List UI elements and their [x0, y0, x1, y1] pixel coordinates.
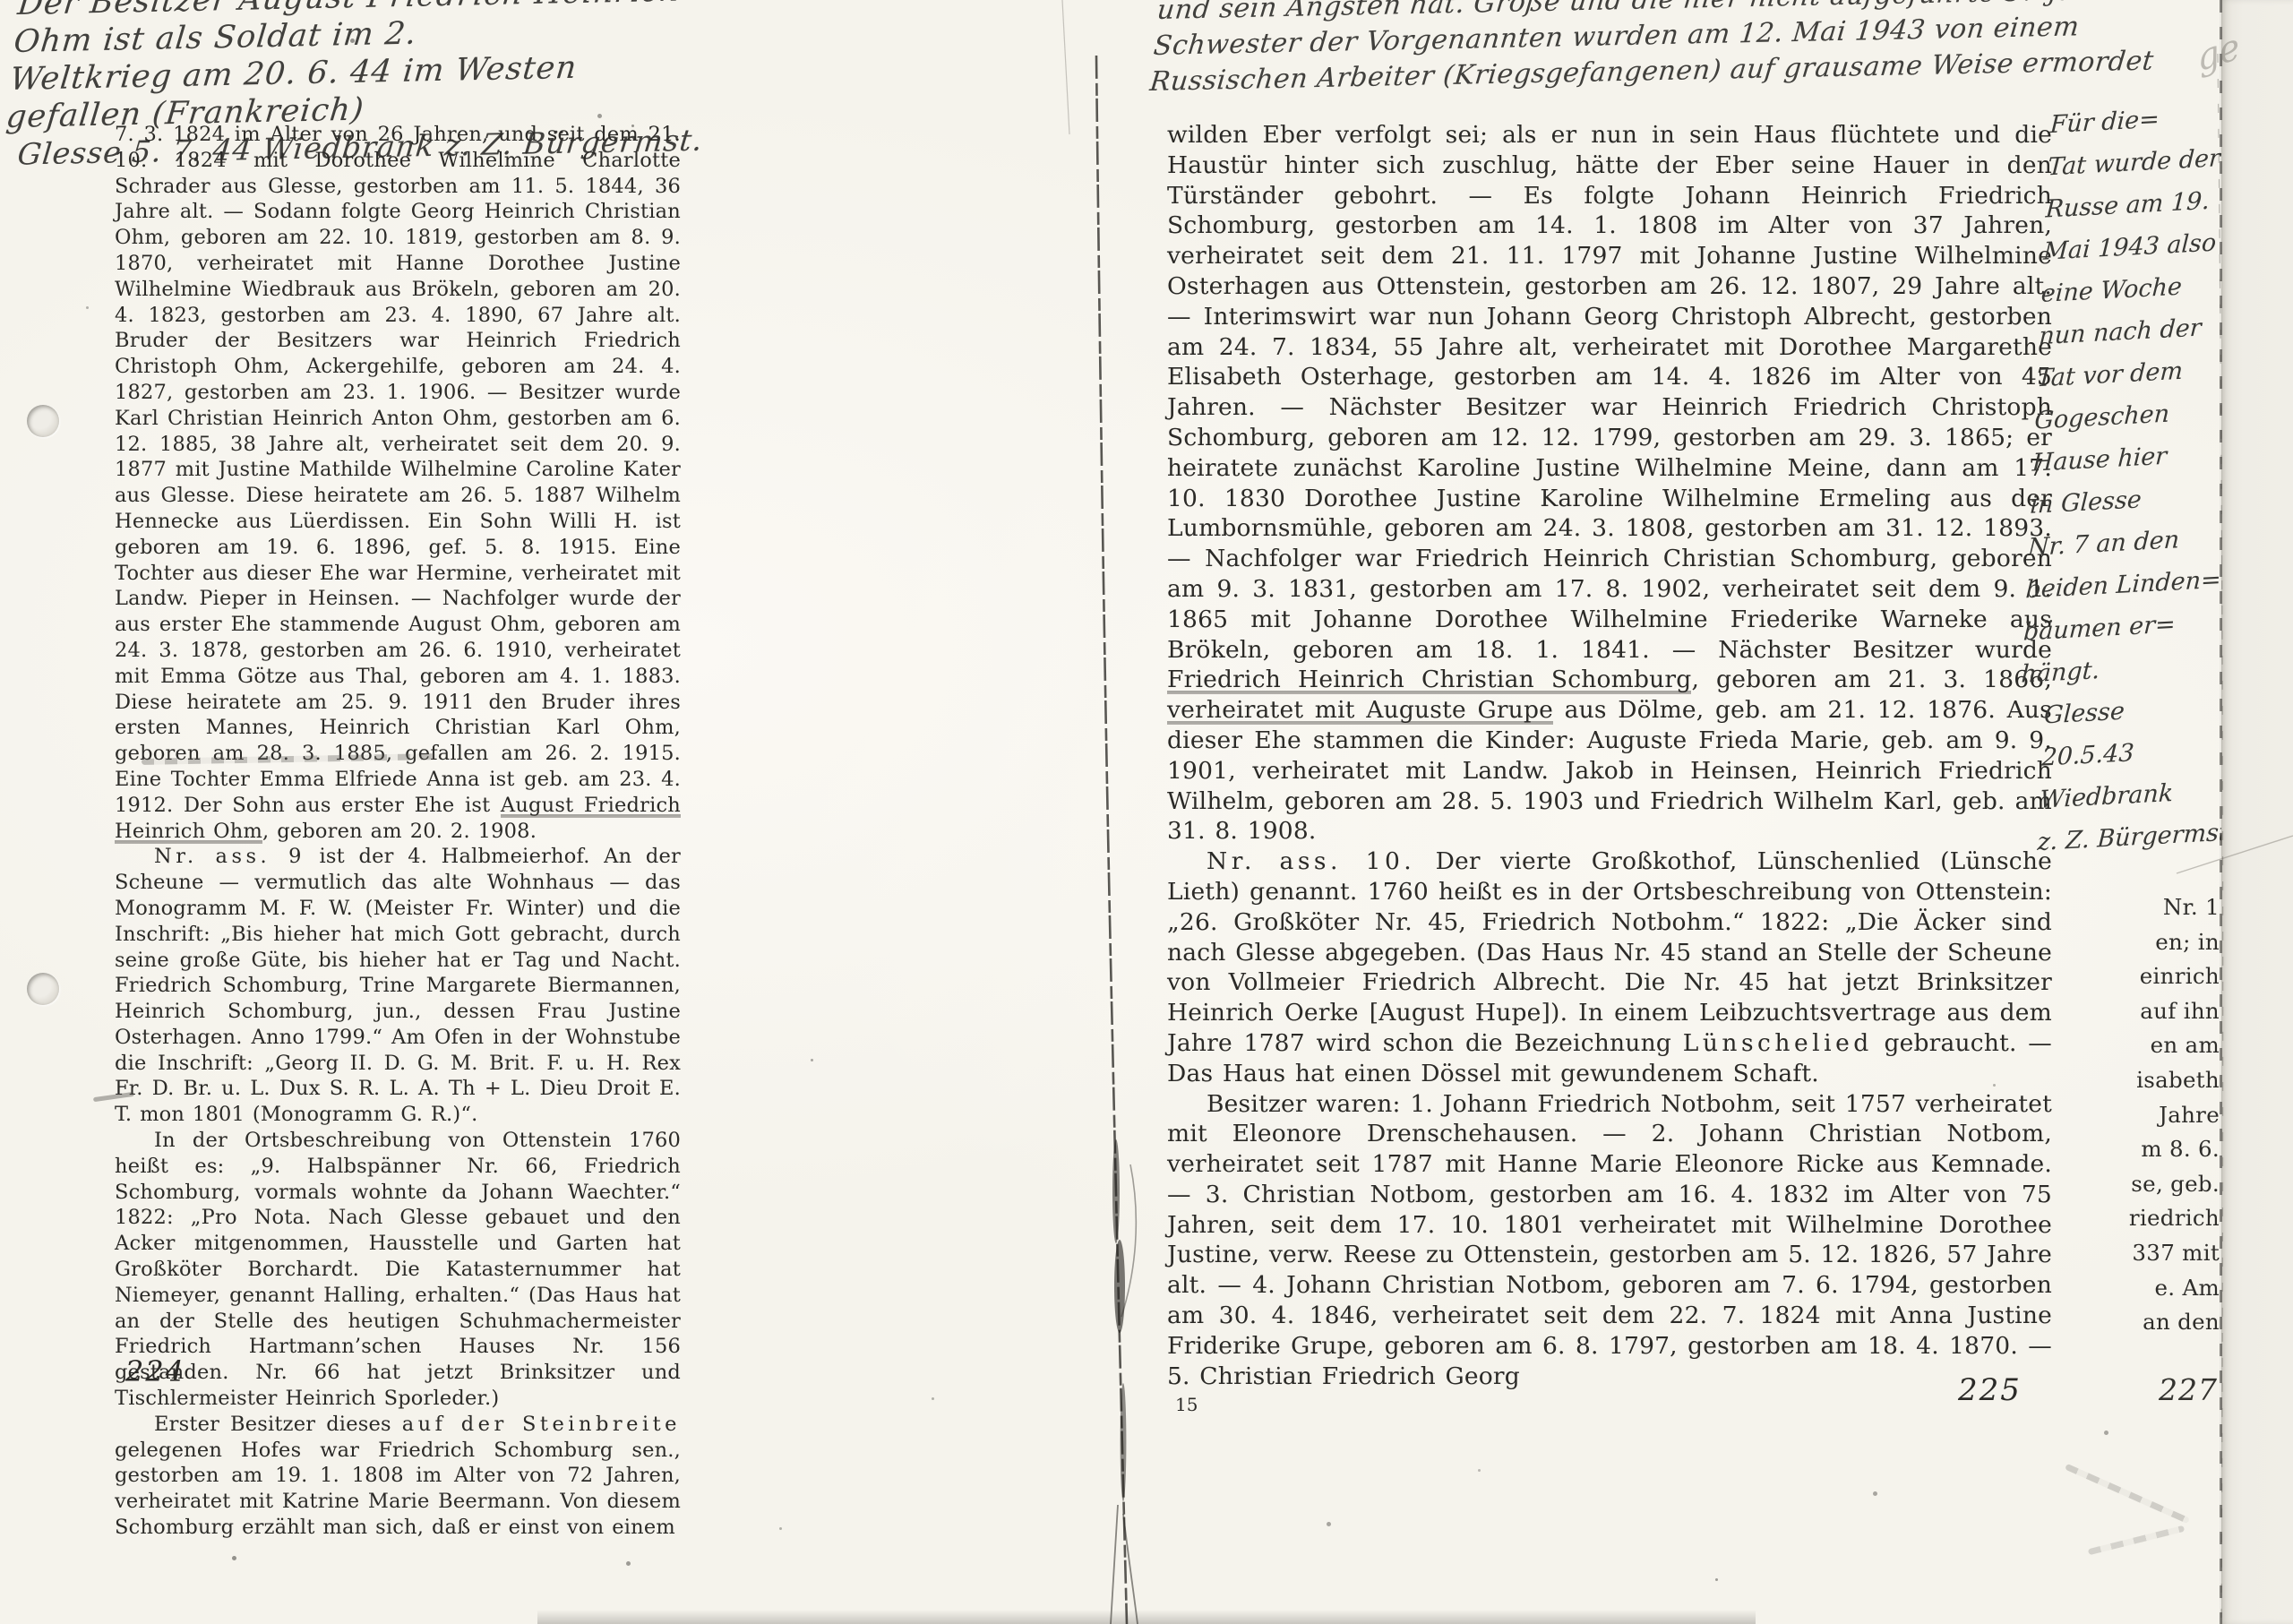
paragraph: In der Ortsbeschreibung von Ottenstein 1… — [115, 1128, 681, 1412]
text-segment: 7. 3. 1824 im Alter von 26 Jahren, und s… — [115, 123, 681, 817]
edge-fragment-line: riedrich — [2128, 1201, 2220, 1236]
text-segment: Nr. ass. 9 — [154, 845, 305, 868]
text-segment: Nr. ass. 10. — [1207, 847, 1415, 875]
left-page-text-column: 7. 3. 1824 im Alter von 26 Jahren, und s… — [115, 122, 681, 1541]
paragraph: Nr. ass. 10. Der vierte Großkothof, Lüns… — [1167, 846, 2052, 1088]
edge-fragment-line: en; in — [2128, 925, 2220, 960]
text-segment: , geboren am 21. 3. 1866, — [1691, 666, 2052, 693]
text-segment: Lünschelied — [1683, 1029, 1873, 1057]
printers-signature-mark: 15 — [1175, 1394, 1198, 1415]
text-segment: , geboren am 20. 2. 1908. — [262, 820, 537, 843]
text-segment: wilden Eber verfolgt sei; als er nun in … — [1167, 121, 2052, 664]
paragraph: Nr. ass. 9 ist der 4. Halbmeierhof. An d… — [115, 844, 681, 1128]
dust-specks — [0, 0, 3, 3]
edge-fragment-line: se, geb. — [2128, 1167, 2220, 1202]
edge-fragment-line: e. Am — [2128, 1271, 2220, 1306]
text-segment: Erster Besitzer dieses — [154, 1413, 402, 1436]
right-page-text-column: wilden Eber verfolgt sei; als er nun in … — [1167, 120, 2052, 1391]
paragraph: Erster Besitzer dieses auf der Steinbrei… — [115, 1412, 681, 1541]
text-segment: Besitzer waren: 1. Johann Friedrich Notb… — [1167, 1090, 2052, 1390]
text-segment: In der Ortsbeschreibung von Ottenstein 1… — [115, 1129, 681, 1410]
page-number-227: 227 — [2159, 1372, 2218, 1407]
edge-fragment-line: Jahre — [2128, 1098, 2220, 1133]
paragraph: wilden Eber verfolgt sei; als er nun in … — [1167, 120, 2052, 846]
page-number-225: 225 — [1958, 1372, 2022, 1408]
punch-hole — [27, 973, 59, 1005]
paragraph: Besitzer waren: 1. Johann Friedrich Notb… — [1167, 1089, 2052, 1392]
edge-text-fragments: Nr. 1en; ineinrichauf ihnen amisabethJah… — [2128, 890, 2220, 1340]
text-segment: auf der Steinbreite — [402, 1413, 681, 1436]
edge-fragment-line: 337 mit — [2128, 1236, 2220, 1271]
edge-fragment-line: an den — [2128, 1305, 2220, 1340]
paragraph: 7. 3. 1824 im Alter von 26 Jahren, und s… — [115, 122, 681, 844]
punch-hole — [27, 405, 59, 437]
pencil-underlined-text: verheiratet mit Auguste Grupe — [1167, 696, 1553, 726]
scanner-shadow — [537, 1610, 1756, 1624]
adjacent-page-edge — [2221, 0, 2293, 1624]
edge-fragment-line: isabeth — [2128, 1063, 2220, 1098]
edge-fragment-line: Nr. 1 — [2128, 890, 2220, 925]
text-segment: gelegenen Hofes war Friedrich Schomburg … — [115, 1439, 681, 1539]
edge-fragment-line: en am — [2128, 1028, 2220, 1063]
edge-fragment-line: auf ihn — [2128, 994, 2220, 1029]
text-segment: Der vierte Großkothof, Lünschenlied (Lün… — [1167, 847, 2052, 1057]
edge-fragment-line: einrich — [2128, 959, 2220, 994]
edge-fragment-line: m 8. 6. — [2128, 1132, 2220, 1167]
page-number-224: 224 — [125, 1354, 185, 1388]
text-segment: ist der 4. Halbmeierhof. An der Scheune … — [115, 845, 681, 1126]
page-edge-line — [2220, 0, 2222, 1624]
pencil-underlined-text: Friedrich Heinrich Christian Schomburg — [1167, 666, 1691, 695]
